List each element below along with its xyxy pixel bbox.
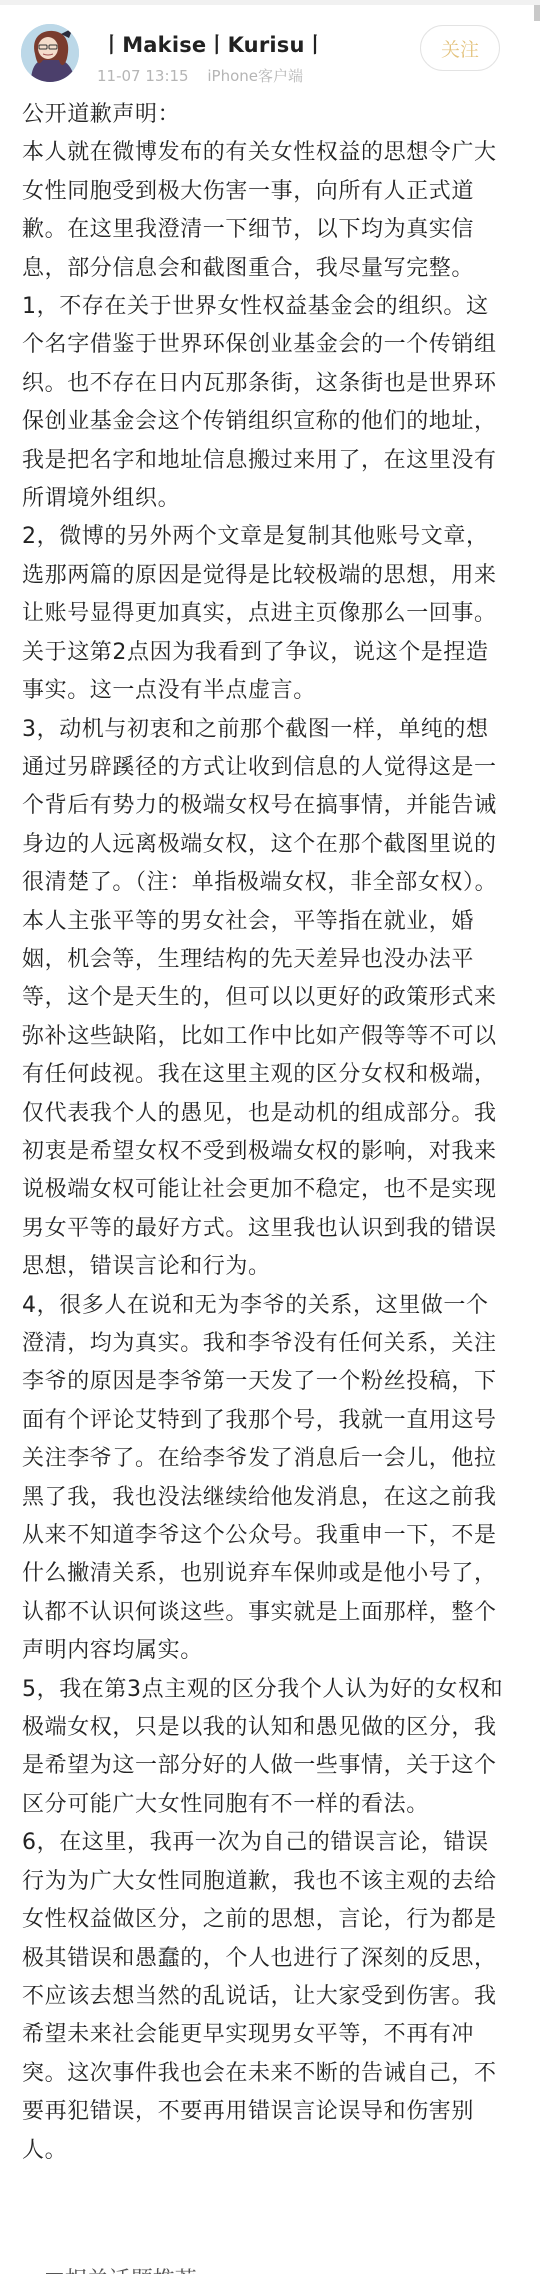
- post-paragraph-1: 1，不存在关于世界女性权益基金会的组织。这个名字借鉴于世界环保创业基金会的一个传…: [22, 288, 508, 518]
- post-paragraph-4: 4，很多人在说和无为李爷的关系，这里做一个澄清，均为真实。我和李爷没有任何关系，…: [22, 1287, 508, 1671]
- avatar[interactable]: [21, 24, 79, 82]
- post-header: 丨Makise丨Kurisu丨 11-07 13:15 iPhone客户端 关注: [0, 5, 540, 93]
- post-meta: 11-07 13:15 iPhone客户端: [97, 65, 303, 86]
- anime-girl-avatar-icon: [21, 24, 79, 82]
- post-time: 11-07 13:15: [97, 67, 189, 85]
- post-source: iPhone客户端: [207, 67, 303, 85]
- post-paragraph-5: 5，我在第3点主观的区分我个人认为好的女权和极端女权，只是以我的认知和愚见做的区…: [22, 1671, 508, 1825]
- post-body: 公开道歉声明： 本人就在微博发布的有关女性权益的思想令广大女性同胞受到极大伤害一…: [22, 96, 508, 2170]
- post-paragraph-6: 6，在这里，我再一次为自己的错误言论，错误行为为广大女性同胞道歉，我也不该主观的…: [22, 1824, 508, 2170]
- post-title: 公开道歉声明：: [22, 96, 508, 134]
- cutoff-next-section: ■相关话题推荐: [44, 2262, 197, 2274]
- author-name[interactable]: 丨Makise丨Kurisu丨: [101, 29, 326, 59]
- post-paragraph-intro: 本人就在微博发布的有关女性权益的思想令广大女性同胞受到极大伤害一事，向所有人正式…: [22, 134, 508, 288]
- post-paragraph-2: 2，微博的另外两个文章是复制其他账号文章，选那两篇的原因是觉得是比较极端的思想，…: [22, 518, 508, 710]
- follow-button[interactable]: 关注: [420, 25, 500, 71]
- post-paragraph-3: 3，动机与初衷和之前那个截图一样，单纯的想通过另辟蹊径的方式让收到信息的人觉得这…: [22, 711, 508, 1287]
